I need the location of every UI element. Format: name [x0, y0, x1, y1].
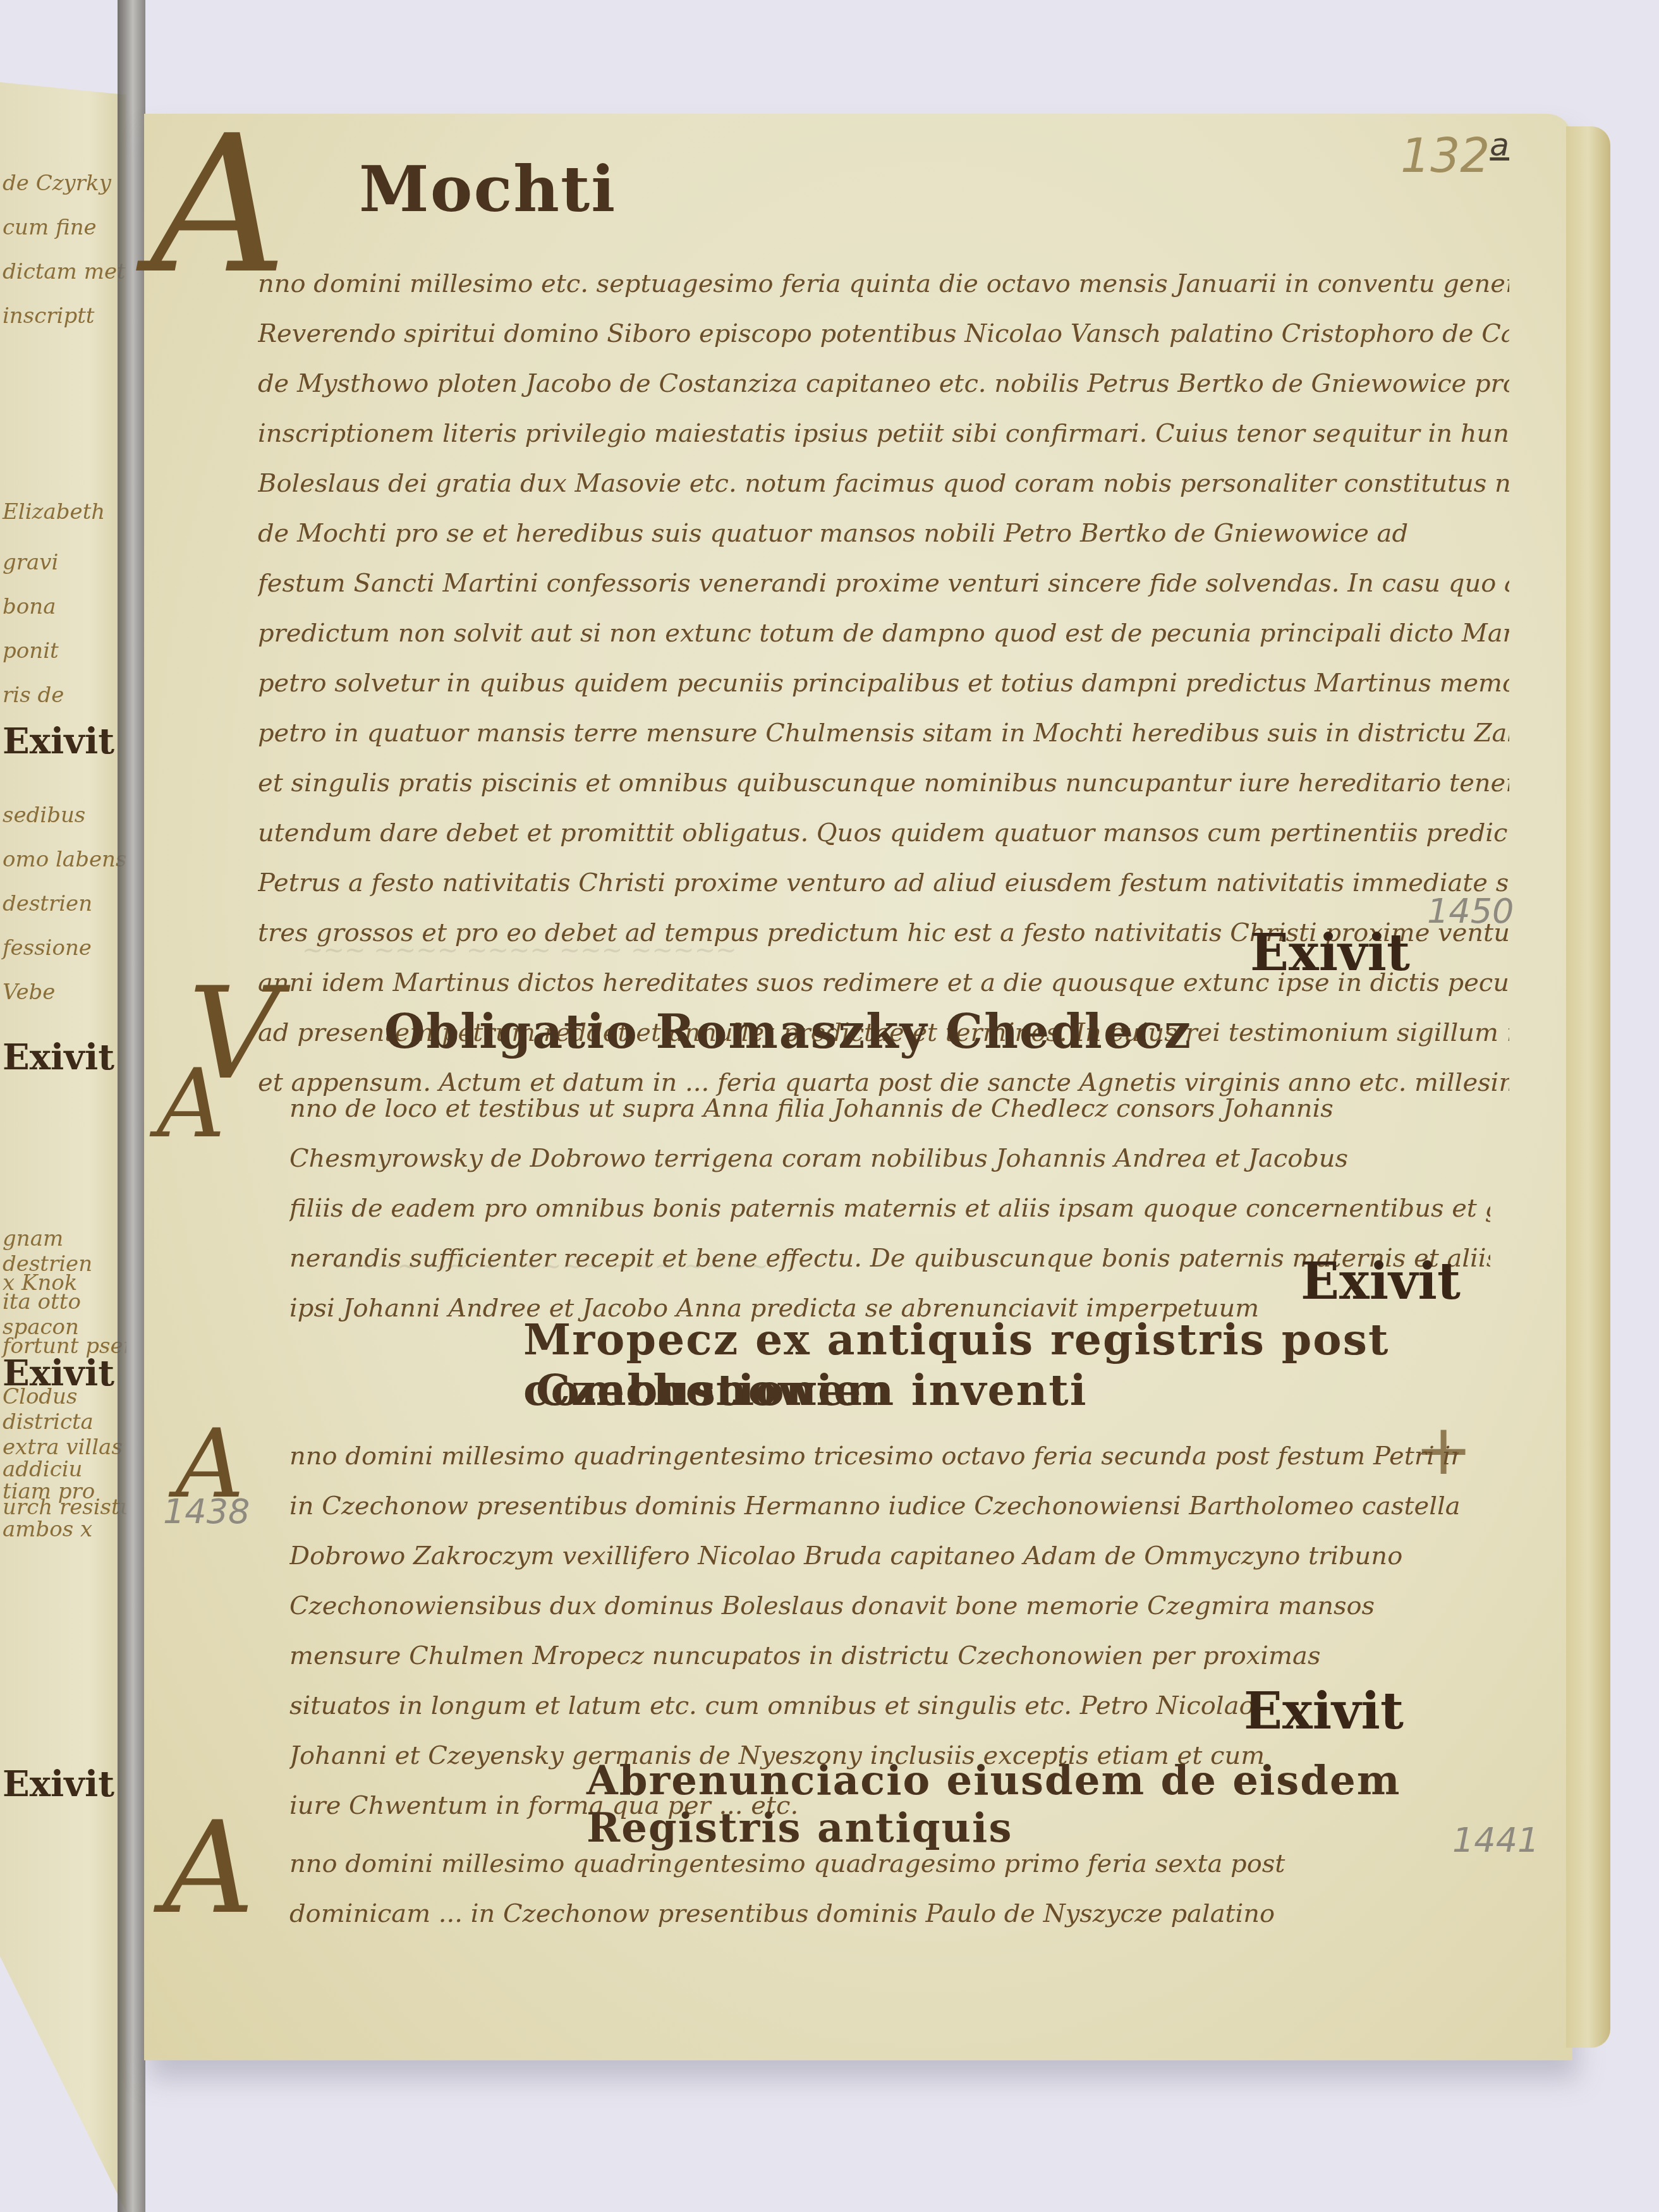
manuscript-line: in Czechonow presentibus dominis Hermann…: [289, 1481, 1459, 1531]
facing-margin-note: ponit: [3, 638, 59, 664]
facing-margin-note: omo labens: [3, 847, 126, 872]
manuscript-line: petro in quatuor mansis terre mensure Ch…: [258, 708, 1509, 758]
facing-margin-note: addiciu: [3, 1457, 83, 1482]
facing-margin-note: Vebe: [3, 980, 55, 1005]
manuscript-line: nno de loco et testibus ut supra Anna fi…: [289, 1084, 1490, 1134]
facing-page-marginalia: de Czyrkycum finedictam meteinscripttEli…: [0, 82, 126, 2212]
manuscript-line: nno domini millesimo quadringentesimo tr…: [289, 1431, 1459, 1481]
manuscript-line: Chesmyrowsky de Dobrowo terrigena coram …: [289, 1134, 1490, 1184]
manuscript-line: Boleslaus dei gratia dux Masovie etc. no…: [258, 459, 1509, 509]
manuscript-line: filiis de eadem pro omnibus bonis patern…: [289, 1184, 1490, 1234]
facing-margin-note: Clodus: [3, 1384, 77, 1409]
manuscript-line: dominicam ... in Czechonow presentibus d…: [289, 1889, 1459, 1939]
manuscript-line: nno domini millesimo etc. septuagesimo f…: [258, 259, 1509, 309]
facing-margin-note: bona: [3, 594, 56, 619]
flourished-initial-2b: A: [157, 1049, 225, 1159]
entry-1-heading: Mochti: [359, 152, 616, 226]
facing-margin-note: extra villas: [3, 1435, 123, 1460]
entry-4-body: nno domini millesimo quadringentesimo qu…: [289, 1839, 1459, 1939]
manuscript-line: Czechonowiensibus dux dominus Boleslaus …: [289, 1581, 1459, 1631]
facing-margin-note: gravi: [3, 550, 58, 575]
facing-margin-note: Elizabeth: [3, 499, 105, 525]
folio-number: 132a: [1401, 126, 1509, 183]
facing-explicit: Exivit: [3, 1763, 114, 1805]
facing-margin-note: fessione: [3, 935, 92, 961]
facing-margin-note: ris de: [3, 683, 64, 708]
entry-3-heading-line-2: Czechonowien inventi: [536, 1365, 1087, 1416]
manuscript-line: predictum non solvit aut si non extunc t…: [258, 609, 1509, 659]
folio-number-value: 132: [1401, 129, 1490, 183]
manuscript-line: petro solvetur in quibus quidem pecuniis…: [258, 659, 1509, 708]
manuscript-line: Petrus a festo nativitatis Christi proxi…: [258, 858, 1509, 908]
facing-explicit: Exivit: [3, 720, 114, 762]
facing-margin-note: districta: [3, 1409, 94, 1435]
manuscript-line: nno domini millesimo quadringentesimo qu…: [289, 1839, 1459, 1889]
facing-margin-note: cum fine: [3, 215, 97, 240]
manuscript-folio: 132a ~~~ ~~~~ ~~~~ ~~~ ~~~~~ ~~~~ ~~ ~~~…: [144, 114, 1572, 2060]
facing-margin-note: de Czyrky: [3, 171, 111, 196]
facing-margin-note: inscriptt: [3, 303, 94, 329]
folio-suffix: a: [1490, 126, 1509, 163]
facing-explicit: Exivit: [3, 1036, 114, 1078]
manuscript-line: de Mysthowo ploten Jacobo de Costanziza …: [258, 359, 1509, 409]
explicit-2: Exivit: [1301, 1251, 1461, 1311]
facing-margin-note: ambos x: [3, 1517, 92, 1542]
manuscript-line: utendum dare debet et promittit obligatu…: [258, 808, 1509, 858]
explicit-1: Exivit: [1250, 923, 1410, 982]
pencil-year-1441: 1441: [1452, 1820, 1539, 1860]
entry-4-heading: Abrenunciacio eiusdem de eisdem Registri…: [586, 1757, 1572, 1852]
facing-page-fragment: de Czyrkycum finedictam meteinscripttEli…: [0, 82, 126, 2212]
manuscript-line: de Mochti pro se et heredibus suis quatu…: [258, 509, 1509, 559]
gutter-glass-bar: [118, 0, 145, 2212]
manuscript-line: Reverendo spiritui domino Siboro episcop…: [258, 309, 1509, 359]
manuscript-line: Dobrowo Zakroczym vexillifero Nicolao Br…: [289, 1531, 1459, 1581]
explicit-3: Exivit: [1244, 1681, 1404, 1741]
manuscript-line: inscriptionem literis privilegio maiesta…: [258, 409, 1509, 459]
manuscript-line: et singulis pratis piscinis et omnibus q…: [258, 758, 1509, 808]
flourished-initial-3: A: [176, 1409, 244, 1519]
entry-2-heading: Obligatio Romaszky Chedlecz: [384, 1005, 1192, 1059]
facing-margin-note: gnam: [3, 1226, 63, 1251]
facing-margin-note: sedibus: [3, 803, 85, 828]
pencil-year-1450: 1450: [1427, 891, 1514, 931]
facing-margin-note: ita otto: [3, 1289, 81, 1315]
flourished-initial-4: A: [163, 1795, 254, 1942]
facing-margin-note: destrien: [3, 891, 92, 916]
manuscript-line: mensure Chulmen Mropecz nuncupatos in di…: [289, 1631, 1459, 1681]
manuscript-line: festum Sancti Martini confessoris venera…: [258, 559, 1509, 609]
